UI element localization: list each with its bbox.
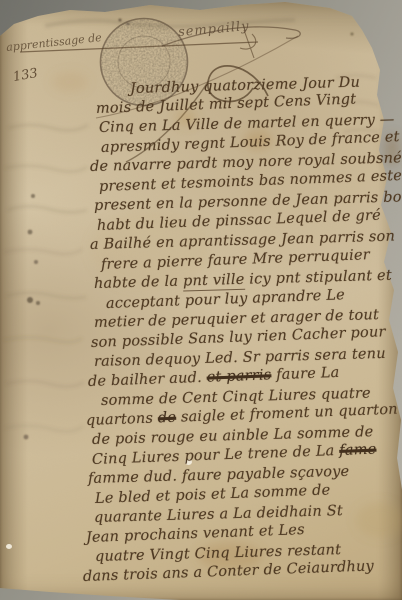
strikethrough-text: fame bbox=[339, 441, 377, 458]
line-segment: quartons bbox=[86, 410, 158, 429]
document-photo: apprentissage de 133 sempailly Jourdhuy … bbox=[0, 0, 402, 600]
manuscript-text: Jourdhuy quatorzieme Jour Du mois de Jui… bbox=[0, 80, 402, 587]
line-segment: habte de la bbox=[94, 274, 183, 292]
strikethrough-text: de bbox=[158, 409, 177, 426]
line-segment: faure La bbox=[271, 364, 340, 382]
underlined-text: pnt ville bbox=[183, 272, 245, 292]
strikethrough-text: et parris bbox=[206, 367, 271, 385]
line-segment: de bailher aud. bbox=[88, 369, 207, 389]
